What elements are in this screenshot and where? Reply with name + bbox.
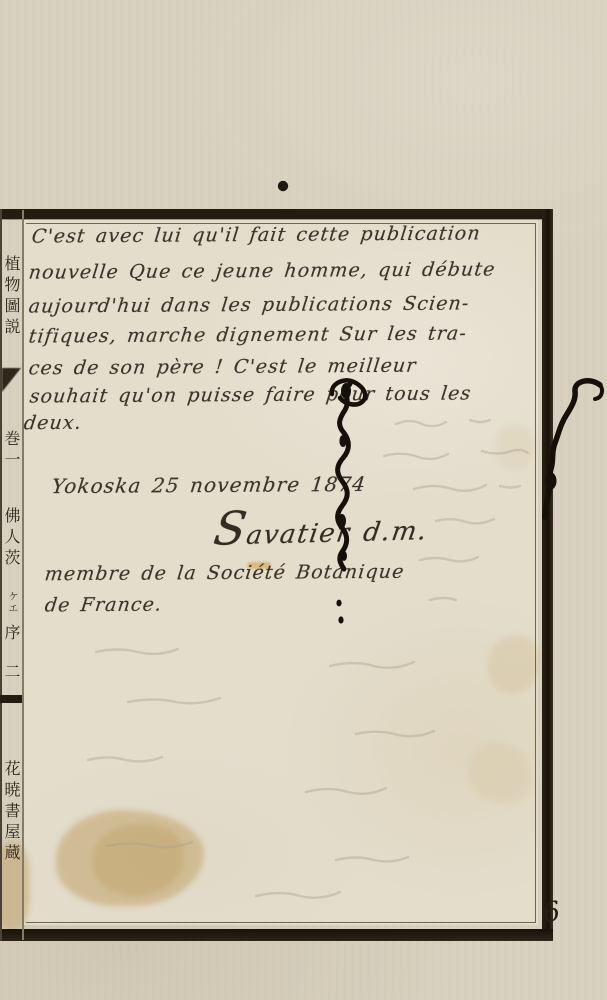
margin-hinge-line xyxy=(22,210,24,940)
handwriting-line-4: tifiques, marche dignement Sur les tra- xyxy=(28,322,469,347)
frame-right-inner-line xyxy=(535,223,536,923)
handwriting-signature: Savatier d.m. xyxy=(211,513,431,552)
handwriting-dateline: Yokoska 25 novembre 1874 xyxy=(50,472,367,498)
frame-right-border xyxy=(542,209,553,941)
margin-section-end-kanji: 序 xyxy=(1,616,22,652)
ink-squiggle xyxy=(545,381,602,517)
fishtail-marker-icon xyxy=(2,368,21,392)
handwriting-line-7: deux. xyxy=(23,412,84,434)
margin-section-small-kana: ケエ xyxy=(1,590,22,616)
handwriting-line-3: aujourd'hui dans les publications Scien- xyxy=(28,292,471,317)
handwriting-title-line-2: de France. xyxy=(44,594,164,617)
margin-volume-kanji: 巻一 xyxy=(1,418,22,484)
frame-top-border xyxy=(0,209,553,219)
handwriting-line-2: nouvelle Que ce jeune homme, qui débute xyxy=(28,258,497,283)
frame-bottom-inner-line xyxy=(26,922,535,923)
ink-dot xyxy=(278,181,288,191)
margin-title-kanji: 植物圖説 xyxy=(1,222,22,372)
stain-right-3 xyxy=(494,424,536,470)
margin-publisher-kanji: 花暁書屋蔵 xyxy=(1,712,22,912)
frame-bottom-border xyxy=(0,929,553,941)
scanned-page: 植物圖説 巻一 佛人茨 ケエ 序 二 花暁書屋蔵 C'est avec lui … xyxy=(0,0,607,1000)
corner-page-number: 6 xyxy=(541,896,563,929)
margin-page-number-kanji: 二 xyxy=(1,660,22,686)
handwriting-title-line-1: membre de la Société Botanique xyxy=(44,561,406,586)
handwriting-line-6: souhait qu'on puisse faire pour tous les xyxy=(29,382,473,407)
margin-section-kanji: 佛人茨 xyxy=(1,486,22,590)
margin-divider-bar xyxy=(0,695,22,703)
handwriting-line-5: ces de son père ! C'est le meilleur xyxy=(28,355,418,380)
handwriting-line-1: C'est avec lui qu'il fait cette publicat… xyxy=(31,222,483,247)
